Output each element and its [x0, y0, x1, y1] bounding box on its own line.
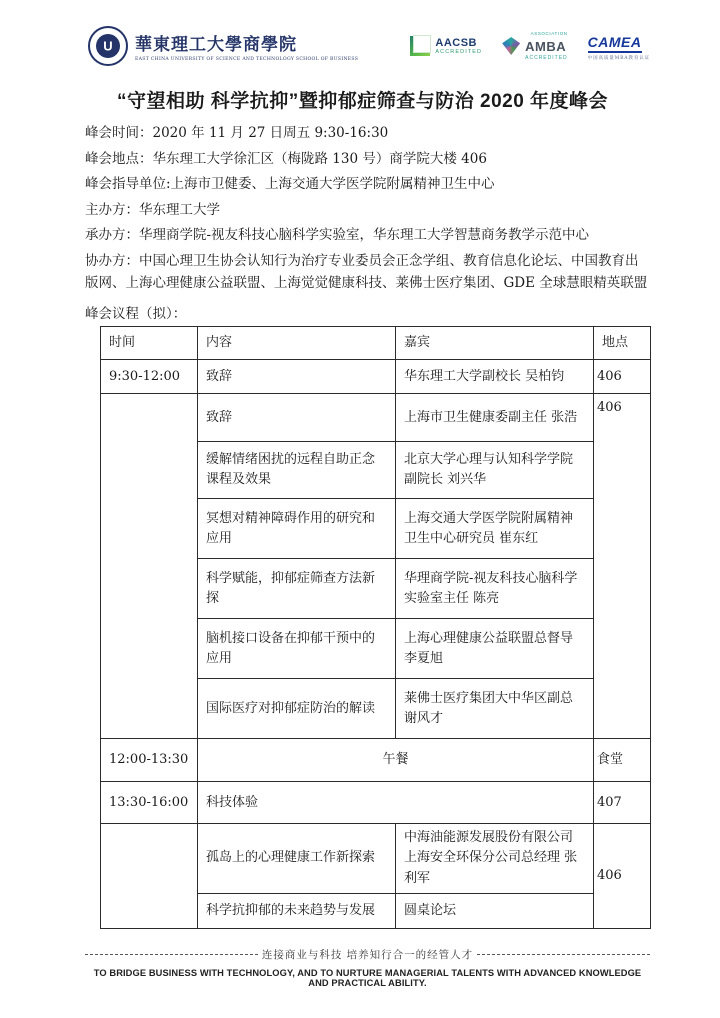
document-page: U 華東理工大學商學院 EAST CHINA UNIVERSITY OF SCI… — [0, 0, 720, 1018]
table-row-lunch: 12:00-13:30 午餐 食堂 — [101, 739, 651, 782]
amba-logo: ASSOCIATION AMBA ACCREDITED — [502, 31, 568, 61]
table-row: 孤岛上的心理健康工作新探索 中海油能源发展股份有限公司上海安全环保分公司总经理 … — [101, 824, 651, 893]
col-header-location: 地点 — [594, 327, 651, 360]
university-name: 華東理工大學商學院 EAST CHINA UNIVERSITY OF SCIEN… — [135, 30, 358, 62]
table-row-tech: 13:30-16:00 科技体验 407 — [101, 782, 651, 824]
summit-info: 峰会时间：2020 年 11 月 27 日周五 9:30-16:30 峰会地点：… — [85, 123, 650, 298]
page-title: “守望相助 科学抗抑”暨抑郁症筛查与防治 2020 年度峰会 — [80, 86, 645, 113]
page-footer: 连接商业与科技 培养知行合一的经管人才 TO BRIDGE BUSINESS W… — [85, 947, 650, 988]
info-guidance-unit: 峰会指导单位:上海市卫健委、上海交通大学医学院附属精神卫生中心 — [85, 174, 650, 196]
cell-guest: 上海市卫生健康委副主任 张浩 — [396, 394, 594, 442]
cell-location: 食堂 — [594, 739, 651, 782]
cell-guest: 华理商学院-视友科技心脑科学实验室主任 陈亮 — [396, 559, 594, 619]
university-logo: U 華東理工大學商學院 EAST CHINA UNIVERSITY OF SCI… — [88, 26, 358, 66]
cell-guest: 华东理工大学副校长 吴柏钧 — [396, 360, 594, 394]
university-name-en: EAST CHINA UNIVERSITY OF SCIENCE AND TEC… — [135, 57, 358, 62]
cell-guest: 圆桌论坛 — [396, 893, 594, 928]
page-header: U 華東理工大學商學院 EAST CHINA UNIVERSITY OF SCI… — [85, 20, 650, 72]
info-organizer: 承办方：华理商学院-视友科技心脑科学实验室，华东理工大学智慧商务教学示范中心 — [85, 225, 650, 247]
cell-guest: 上海心理健康公益联盟总督导 李夏旭 — [396, 619, 594, 679]
cell-content: 科学抗抑郁的未来趋势与发展 — [198, 893, 396, 928]
aacsb-text: AACSB ACCREDITED — [435, 37, 482, 55]
aacsb-icon — [410, 36, 430, 56]
cell-content: 冥想对精神障碍作用的研究和应用 — [198, 499, 396, 559]
col-header-content: 内容 — [198, 327, 396, 360]
cell-content: 科技体验 — [198, 782, 594, 824]
amba-diamond-icon — [502, 37, 520, 55]
agenda-label: 峰会议程（拟）： — [85, 302, 650, 322]
amba-wordmark: AMBA — [525, 39, 566, 54]
cell-content: 缓解情绪困扰的远程自助正念课程及效果 — [198, 442, 396, 499]
amba-accredited-label: ACCREDITED — [525, 55, 568, 61]
cell-time: 12:00-13:30 — [101, 739, 198, 782]
cell-time-merged — [101, 824, 198, 928]
cell-content: 孤岛上的心理健康工作新探索 — [198, 824, 396, 893]
amba-text: ASSOCIATION AMBA ACCREDITED — [525, 31, 568, 61]
cell-content: 致辞 — [198, 360, 396, 394]
cell-guest: 北京大学心理与认知科学学院副院长 刘兴华 — [396, 442, 594, 499]
cell-location-merged: 406 — [594, 394, 651, 739]
col-header-time: 时间 — [101, 327, 198, 360]
camea-sub-label: 中国高质量MBA教育认证 — [588, 55, 650, 61]
info-time: 峰会时间：2020 年 11 月 27 日周五 9:30-16:30 — [85, 123, 650, 145]
col-header-guest: 嘉宾 — [396, 327, 594, 360]
university-seal-icon: U — [88, 26, 128, 66]
cell-content: 科学赋能，抑郁症筛查方法新探 — [198, 559, 396, 619]
dashed-rule-left — [85, 954, 258, 955]
aacsb-accredited-label: ACCREDITED — [435, 49, 482, 55]
agenda-table: 时间 内容 嘉宾 地点 9:30-12:00 致辞 华东理工大学副校长 吴柏钧 … — [100, 326, 651, 929]
amba-association-label: ASSOCIATION — [525, 31, 568, 36]
cell-location: 406 — [594, 360, 651, 394]
accreditation-logos: AACSB ACCREDITED ASSOCIATION AMBA ACCRED… — [410, 31, 650, 61]
cell-content: 国际医疗对抑郁症防治的解读 — [198, 679, 396, 739]
cell-time-merged — [101, 394, 198, 739]
cell-location-merged: 406 — [594, 824, 651, 928]
info-co-organizers: 协办方：中国心理卫生协会认知行为治疗专业委员会正念学组、教育信息化论坛、中国教育… — [85, 251, 650, 294]
cell-time: 13:30-16:00 — [101, 782, 198, 824]
table-header-row: 时间 内容 嘉宾 地点 — [101, 327, 651, 360]
dashed-rule-right — [477, 954, 650, 955]
cell-content: 脑机接口设备在抑郁干预中的应用 — [198, 619, 396, 679]
aacsb-logo: AACSB ACCREDITED — [410, 36, 482, 56]
table-row: 致辞 上海市卫生健康委副主任 张浩 406 — [101, 394, 651, 442]
university-name-cn: 華東理工大學商學院 — [135, 30, 358, 55]
aacsb-wordmark: AACSB — [435, 37, 482, 49]
cell-guest: 莱佛士医疗集团大中华区副总 谢风才 — [396, 679, 594, 739]
camea-logo: CAMEA 中国高质量MBA教育认证 — [588, 32, 650, 61]
cell-guest: 上海交通大学医学院附属精神卫生中心研究员 崔东红 — [396, 499, 594, 559]
cell-guest: 中海油能源发展股份有限公司上海安全环保分公司总经理 张利军 — [396, 824, 594, 893]
cell-location: 407 — [594, 782, 651, 824]
footer-tagline: 连接商业与科技 培养知行合一的经管人才 — [85, 947, 650, 962]
cell-content-lunch: 午餐 — [198, 739, 594, 782]
footer-tagline-cn: 连接商业与科技 培养知行合一的经管人才 — [258, 947, 477, 962]
camea-wordmark: CAMEA — [588, 34, 642, 53]
camea-text: CAMEA 中国高质量MBA教育认证 — [588, 32, 650, 61]
info-host: 主办方：华东理工大学 — [85, 200, 650, 222]
footer-tagline-en: TO BRIDGE BUSINESS WITH TECHNOLOGY, AND … — [85, 968, 650, 988]
cell-content: 致辞 — [198, 394, 396, 442]
info-location: 峰会地点：华东理工大学徐汇区（梅陇路 130 号）商学院大楼 406 — [85, 149, 650, 171]
table-row: 9:30-12:00 致辞 华东理工大学副校长 吴柏钧 406 — [101, 360, 651, 394]
cell-time: 9:30-12:00 — [101, 360, 198, 394]
seal-glyph: U — [103, 39, 112, 54]
